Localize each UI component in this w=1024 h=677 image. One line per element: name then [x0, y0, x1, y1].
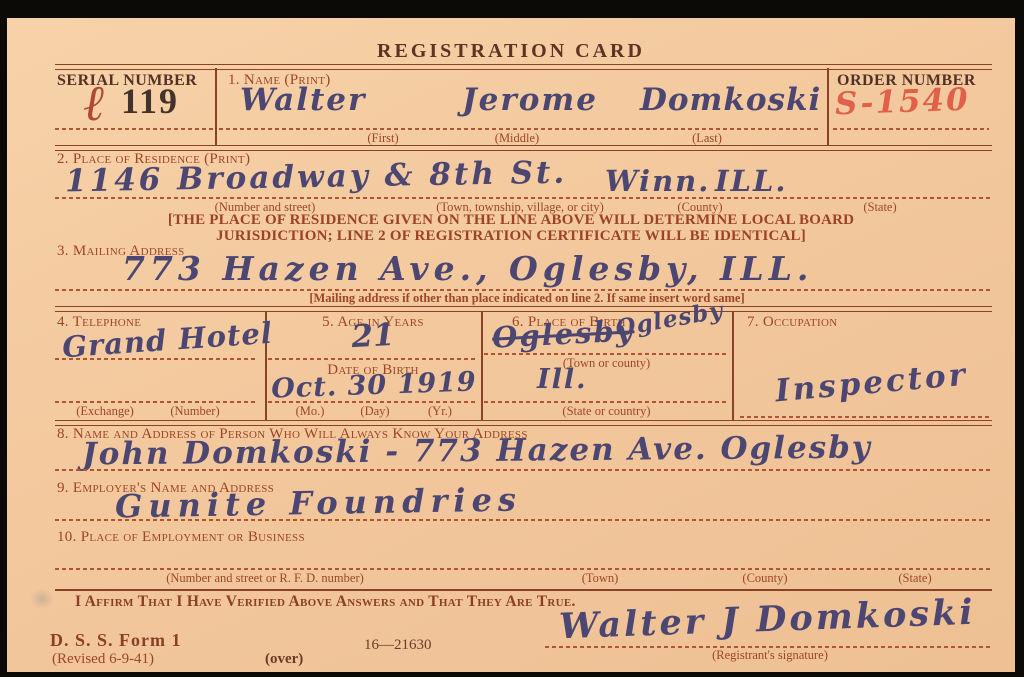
birth-state-fill-line: [484, 401, 729, 403]
scanned-registration-card: REGISTRATION CARD SERIAL NUMBER ℓ 119 1.…: [0, 0, 1024, 677]
contact-handwriting: John Domkoski - 773 Hazen Ave. Oglesby: [82, 430, 872, 473]
header-divider-left: [215, 68, 217, 145]
section-rule-2: [55, 306, 992, 312]
form-revised: (Revised 6-9-41): [52, 651, 154, 668]
residence-fill-line: [55, 197, 992, 199]
telephone-fill-line-1: [55, 358, 255, 360]
number-sublabel: (Number): [150, 404, 240, 419]
residence-state-handwriting: ILL.: [715, 164, 787, 198]
age-fill-line: [268, 358, 478, 360]
exchange-sublabel: (Exchange): [60, 404, 150, 419]
birth-town-fill-line: [484, 353, 729, 355]
employer-fill-line: [55, 519, 992, 521]
affirmation-text: I Affirm That I Have Verified Above Answ…: [75, 593, 576, 611]
column-divider-3: [732, 311, 734, 420]
residence-street-handwriting: 1146 Broadway & 8th St.: [65, 155, 568, 200]
order-number-value: S-1540: [834, 82, 970, 123]
employment-fill-line: [55, 568, 992, 570]
name-first-handwriting: Walter: [240, 82, 366, 118]
birth-town-sublabel: (Town or county): [484, 356, 729, 371]
employment-town-sublabel: (Town): [550, 571, 650, 586]
print-code: 16—21630: [364, 637, 432, 654]
name-fill-line: [219, 128, 821, 130]
occupation-handwriting: Inspector: [774, 357, 970, 410]
employment-street-sublabel: (Number and street or R. F. D. number): [115, 571, 415, 586]
last-sublabel: (Last): [667, 131, 747, 146]
title-rule: [55, 64, 992, 70]
registrant-signature-handwriting: Walter J Domkoski: [558, 592, 976, 648]
card-title: REGISTRATION CARD: [7, 40, 1015, 63]
contact-fill-line: [55, 469, 992, 471]
affirmation-rule: [55, 589, 992, 591]
first-sublabel: (First): [343, 131, 423, 146]
name-middle-handwriting: Jerome: [462, 82, 598, 118]
residence-county-handwriting: Winn.: [605, 164, 710, 198]
card-paper: REGISTRATION CARD SERIAL NUMBER ℓ 119 1.…: [7, 18, 1015, 672]
telephone-fill-line-2: [55, 401, 255, 403]
header-divider-right: [827, 68, 829, 145]
dob-fill-line: [268, 401, 478, 403]
birth-state-handwriting: Ill.: [537, 364, 588, 395]
jurisdiction-notice-line1: [THE PLACE OF RESIDENCE GIVEN ON THE LIN…: [7, 212, 1015, 229]
serial-number-value: 119: [121, 80, 179, 122]
signature-sublabel: (Registrant's signature): [620, 648, 920, 663]
form-number: D. S. S. Form 1: [50, 630, 182, 651]
mailing-handwriting: 773 Hazen Ave., Oglesby, ILL.: [122, 249, 813, 288]
name-last-handwriting: Domkoski: [640, 82, 821, 118]
employment-label: 10. Place of Employment or Business: [57, 529, 305, 546]
date-of-birth-handwriting: Oct. 30 1919: [261, 366, 488, 405]
occupation-fill-line: [740, 416, 992, 418]
serial-ink-mark: ℓ: [83, 74, 104, 132]
birth-state-sublabel: (State or country): [484, 404, 729, 419]
mailing-note: [Mailing address if other than place ind…: [247, 291, 807, 306]
over-note: (over): [265, 651, 303, 668]
occupation-label: 7. Occupation: [747, 314, 837, 331]
employment-state-sublabel: (State): [865, 571, 965, 586]
year-sublabel: (Yr.): [400, 404, 480, 419]
employment-county-sublabel: (County): [715, 571, 815, 586]
serial-fill-line: [55, 128, 213, 130]
middle-sublabel: (Middle): [477, 131, 557, 146]
order-fill-line: [833, 128, 989, 130]
scan-smudge: [25, 584, 59, 614]
